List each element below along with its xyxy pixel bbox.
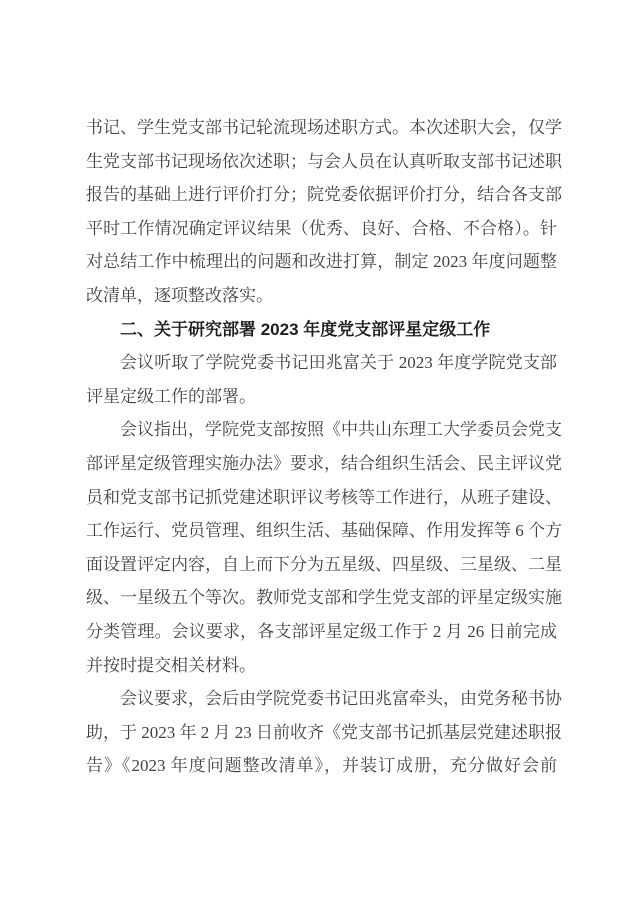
text-line: 级、一星级五个等次。教师党支部和学生党支部的评星定级实施 xyxy=(86,581,557,615)
section-heading: 二、关于研究部署 2023 年度党支部评星定级工作 xyxy=(86,313,557,347)
text-line: 会议要求，会后由学院党委书记田兆富牵头，由党务秘书协 xyxy=(86,682,557,716)
text-line: 员和党支部书记抓党建述职评议考核等工作进行，从班子建设、 xyxy=(86,481,557,515)
paragraph: 会议指出，学院党支部按照《中共山东理工大学委员会党支部评星定级管理实施办法》要求… xyxy=(86,413,557,682)
paragraph: 会议听取了学院党委书记田兆富关于 2023 年度学院党支部评星定级工作的部署。 xyxy=(86,346,557,413)
text-line: 部评星定级管理实施办法》要求，结合组织生活会、民主评议党 xyxy=(86,447,557,481)
heading-line: 二、关于研究部署 2023 年度党支部评星定级工作 xyxy=(86,313,557,347)
text-line: 书记、学生党支部书记轮流现场述职方式。本次述职大会，仅学 xyxy=(86,111,557,145)
document-page: 书记、学生党支部书记轮流现场述职方式。本次述职大会，仅学生党支部书记现场依次述职… xyxy=(0,0,639,906)
text-line: 并按时提交相关材料。 xyxy=(86,649,557,683)
text-line: 会议指出，学院党支部按照《中共山东理工大学委员会党支 xyxy=(86,413,557,447)
paragraph: 书记、学生党支部书记轮流现场述职方式。本次述职大会，仅学生党支部书记现场依次述职… xyxy=(86,111,557,313)
text-line: 面设置评定内容，自上而下分为五星级、四星级、三星级、二星 xyxy=(86,548,557,582)
text-line: 报告的基础上进行评价打分；院党委依据评价打分，结合各支部 xyxy=(86,178,557,212)
text-line: 改清单，逐项整改落实。 xyxy=(86,279,557,313)
text-line: 告》《2023 年度问题整改清单》，并装订成册，充分做好会前 xyxy=(86,749,557,783)
text-line: 对总结工作中梳理出的问题和改进打算，制定 2023 年度问题整 xyxy=(86,245,557,279)
text-line: 助，于 2023 年 2 月 23 日前收齐《党支部书记抓基层党建述职报 xyxy=(86,716,557,750)
text-line: 会议听取了学院党委书记田兆富关于 2023 年度学院党支部 xyxy=(86,346,557,380)
paragraph: 会议要求，会后由学院党委书记田兆富牵头，由党务秘书协助，于 2023 年 2 月… xyxy=(86,682,557,783)
text-line: 分类管理。会议要求，各支部评星定级工作于 2 月 26 日前完成 xyxy=(86,615,557,649)
document-body: 书记、学生党支部书记轮流现场述职方式。本次述职大会，仅学生党支部书记现场依次述职… xyxy=(86,111,557,783)
text-line: 工作运行、党员管理、组织生活、基础保障、作用发挥等 6 个方 xyxy=(86,514,557,548)
text-line: 生党支部书记现场依次述职；与会人员在认真听取支部书记述职 xyxy=(86,145,557,179)
text-line: 平时工作情况确定评议结果（优秀、良好、合格、不合格）。针 xyxy=(86,212,557,246)
text-line: 评星定级工作的部署。 xyxy=(86,380,557,414)
